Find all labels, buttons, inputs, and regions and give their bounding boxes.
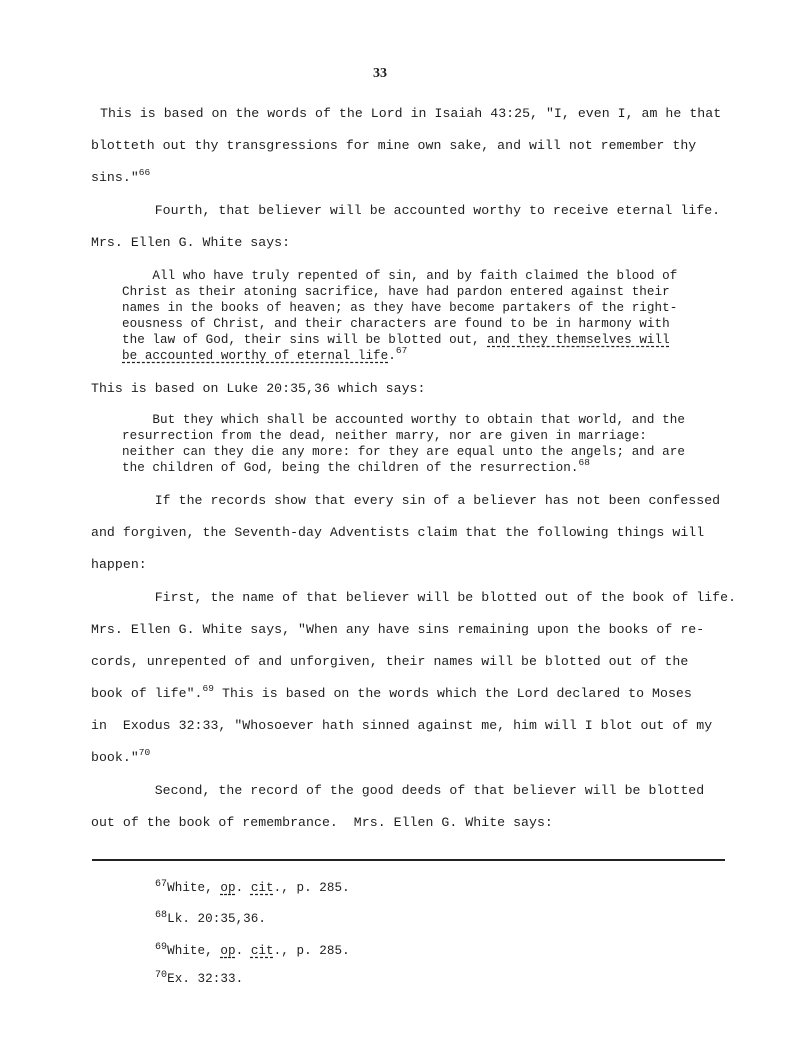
quote-line: All who have truly repented of sin, and … [122,268,677,284]
document-page: 33 This is based on the words of the Lor… [0,0,800,1050]
underlined-text: and they themselves will [487,333,670,347]
footnote-ref: 67 [396,345,408,356]
footnote-69: 69White, op. cit., p. 285. [155,943,350,959]
body-line: sins."66 [91,170,150,186]
body-line: cords, unrepented of and unforgiven, the… [91,654,688,670]
underlined-text: cit [251,881,274,895]
underlined-text: cit [251,944,274,958]
body-text: book of life". [91,686,203,701]
footnote-text: White, [167,881,220,895]
body-line: This is based on Luke 20:35,36 which say… [91,381,425,397]
underlined-text: op [220,881,235,895]
body-line: out of the book of remembrance. Mrs. Ell… [91,815,553,831]
quote-line: the children of God, being the children … [122,460,590,476]
footnote-ref: 69 [203,683,215,694]
footnote-text: Lk. 20:35,36. [167,912,266,926]
quote-line: neither can they die any more: for they … [122,444,685,460]
body-line: in Exodus 32:33, "Whosoever hath sinned … [91,718,712,734]
footnote-text: ., p. 285. [274,944,350,958]
quote-line: But they which shall be accounted worthy… [122,412,685,428]
footnote-number: 68 [155,910,167,921]
underlined-text: op [220,944,235,958]
quote-line: eousness of Christ, and their characters… [122,316,670,332]
footnote-ref: 68 [578,457,590,468]
body-line: First, the name of that believer will be… [91,590,736,606]
quote-text: the law of God, their sins will be blott… [122,333,487,347]
footnote-text: . [236,944,251,958]
page-number: 33 [373,66,387,82]
body-line: happen: [91,557,147,573]
footnote-number: 69 [155,942,167,953]
footnote-text: Ex. 32:33. [167,972,243,986]
body-line: Fourth, that believer will be accounted … [91,203,720,219]
body-line: book of life".69 This is based on the wo… [91,686,692,702]
body-line: This is based on the words of the Lord i… [100,106,721,122]
body-line: book."70 [91,750,150,766]
quote-text: . [388,349,396,363]
footnote-text: ., p. 285. [274,881,350,895]
body-text: This is based on the words which the Lor… [214,686,692,701]
body-line: Second, the record of the good deeds of … [91,783,704,799]
body-line: blotteth out thy transgressions for mine… [91,138,696,154]
footnote-68: 68Lk. 20:35,36. [155,911,266,927]
footnote-70: 70Ex. 32:33. [155,971,243,987]
footnote-number: 70 [155,970,167,981]
body-line: If the records show that every sin of a … [91,493,720,509]
quote-text: the children of God, being the children … [122,461,578,475]
footnote-67: 67White, op. cit., p. 285. [155,880,350,896]
body-line: Mrs. Ellen G. White says: [91,235,290,251]
footnote-text: . [236,881,251,895]
body-line: Mrs. Ellen G. White says, "When any have… [91,622,704,638]
quote-line: be accounted worthy of eternal life.67 [122,348,407,364]
footnote-text: White, [167,944,220,958]
body-text: sins." [91,170,139,185]
underlined-text: be accounted worthy of eternal life [122,349,388,363]
quote-line: Christ as their atoning sacrifice, have … [122,284,670,300]
footnote-ref: 70 [139,747,151,758]
quote-line: resurrection from the dead, neither marr… [122,428,647,444]
quote-line: names in the books of heaven; as they ha… [122,300,677,316]
body-line: and forgiven, the Seventh-day Adventists… [91,525,704,541]
footnote-divider [92,859,725,861]
body-text: book." [91,750,139,765]
footnote-ref: 66 [139,167,151,178]
footnote-number: 67 [155,879,167,890]
